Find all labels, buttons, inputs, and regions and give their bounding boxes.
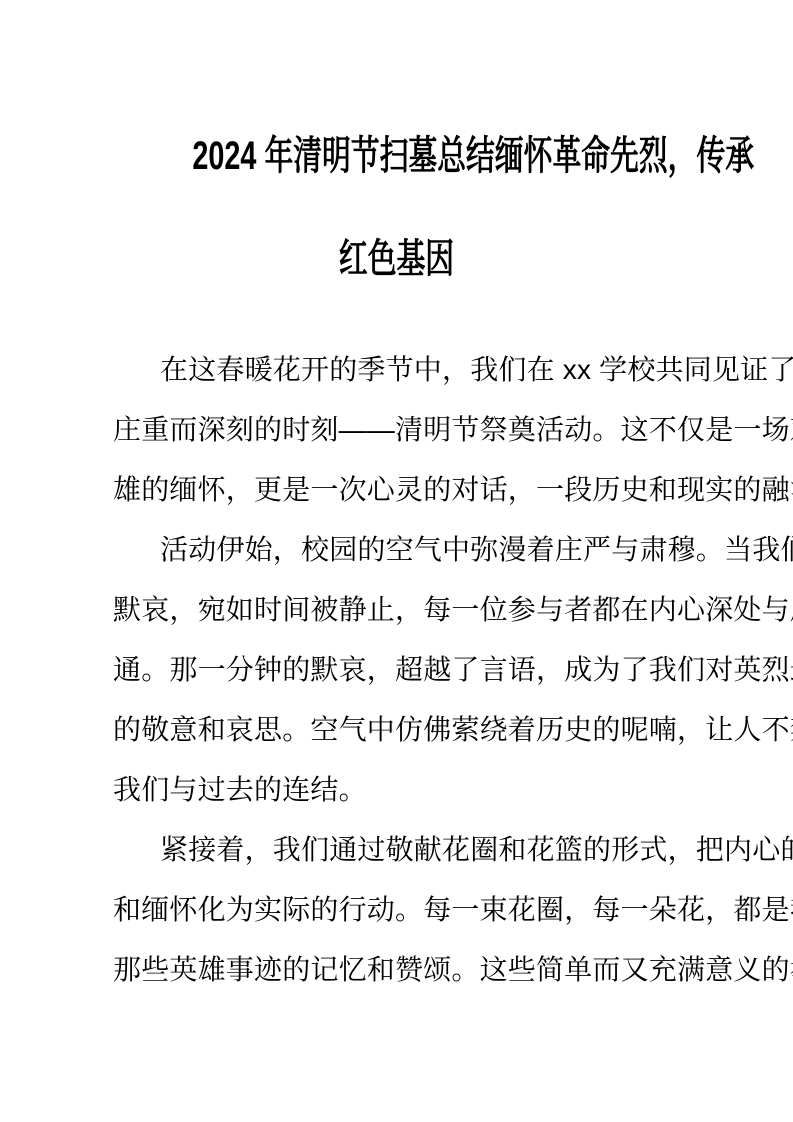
document-body: 在这春暖花开的季节中，我们在 xx 学校共同见证了一个庄重而深刻的时刻——清明节… <box>113 340 680 1000</box>
paragraph: 紧接着，我们通过敬献花圈和花篮的形式，把内心的敬仰和缅怀化为实际的行动。每一束花… <box>113 820 680 1000</box>
paragraph-line: 在这春暖花开的季节中，我们在 xx 学校共同见证了一个 <box>113 340 680 400</box>
paragraph-line: 活动伊始，校园的空气中弥漫着庄严与肃穆。当我们肃立 <box>113 520 680 580</box>
document-title-line-2: 红色基因 <box>192 208 600 311</box>
paragraph-line: 和缅怀化为实际的行动。每一束花圈，每一朵花，都是我们对 <box>113 880 680 940</box>
paragraph-line: 那些英雄事迹的记忆和赞颂。这些简单而又充满意义的举动， <box>113 940 680 1000</box>
paragraph: 在这春暖花开的季节中，我们在 xx 学校共同见证了一个庄重而深刻的时刻——清明节… <box>113 340 680 520</box>
paragraph-line: 通。那一分钟的默哀，超越了言语，成为了我们对英烈最深沉 <box>113 640 680 700</box>
paragraph-line: 默哀，宛如时间被静止，每一位参与者都在内心深处与历史沟 <box>113 580 680 640</box>
document-title: 2024 年清明节扫墓总结缅怀革命先烈，传承 红色基因 <box>192 105 600 311</box>
paragraph-line: 雄的缅怀，更是一次心灵的对话，一段历史和现实的融汇。 <box>113 460 680 520</box>
paragraph-line: 紧接着，我们通过敬献花圈和花篮的形式，把内心的敬仰 <box>113 820 680 880</box>
paragraph-line: 庄重而深刻的时刻——清明节祭奠活动。这不仅是一场对英 <box>113 400 680 460</box>
paragraph-line: 我们与过去的连结。 <box>113 760 680 820</box>
paragraph-line: 的敬意和哀思。空气中仿佛萦绕着历史的呢喃，让人不禁思考 <box>113 700 680 760</box>
document-title-line-1: 2024 年清明节扫墓总结缅怀革命先烈，传承 <box>192 105 600 208</box>
paragraph: 活动伊始，校园的空气中弥漫着庄严与肃穆。当我们肃立默哀，宛如时间被静止，每一位参… <box>113 520 680 820</box>
document-page: 2024 年清明节扫墓总结缅怀革命先烈，传承 红色基因 在这春暖花开的季节中，我… <box>0 0 793 1122</box>
